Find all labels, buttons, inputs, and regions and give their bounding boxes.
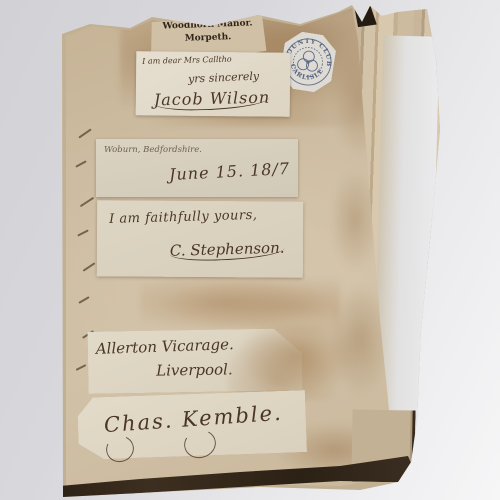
allerton-address-line1: Allerton Vicarage. xyxy=(96,336,235,357)
clipping-wilson: I am dear Mrs Calltho yrs sincerely Jaco… xyxy=(136,51,291,117)
wilson-signature: Jacob Wilson xyxy=(154,89,271,111)
clipping-stephenson: I am faithfully yours, C. Stephenson. xyxy=(97,200,304,277)
stain-middle xyxy=(140,270,340,335)
woburn-printed-address: Woburn, Bedfordshire. xyxy=(104,145,202,155)
photo-autograph-album: Woodhorn Manor. Morpeth. COU xyxy=(0,0,500,500)
stephenson-signature: C. Stephenson. xyxy=(170,240,285,262)
stephenson-closing: I am faithfully yours, xyxy=(109,209,258,227)
clipping-woburn: Woburn, Bedfordshire. June 15. 18/7 xyxy=(96,139,298,197)
woburn-date: June 15. 18/7 xyxy=(169,160,291,184)
wilson-salutation: I am dear Mrs Calltho xyxy=(142,56,232,67)
allerton-address-line2: Liverpool. xyxy=(156,361,233,379)
wilson-closing: yrs sincerely xyxy=(188,71,259,86)
clipping-allerton: Allerton Vicarage. Liverpool. xyxy=(87,328,302,394)
